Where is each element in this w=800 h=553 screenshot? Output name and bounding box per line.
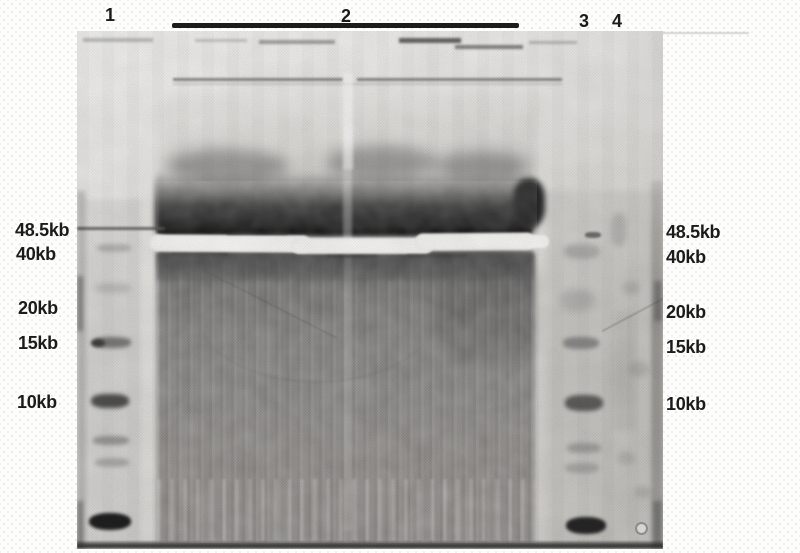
- gel-blotch: [622, 281, 640, 295]
- lane1-band-40kb: [97, 244, 131, 252]
- marker-left-15kb: 15kb: [18, 333, 58, 353]
- lane3-band-15kb: [563, 337, 599, 349]
- vertical-light-streak-top: [343, 73, 353, 169]
- gel-blotch: [617, 451, 635, 465]
- gel-top-smudge: [455, 45, 523, 49]
- lane3-band-below-10kb: [565, 463, 599, 473]
- gel-blotch: [635, 486, 651, 498]
- lane2-smear-right-hook: [513, 179, 545, 227]
- marker-left-48-5kb: 48.5kb: [15, 220, 69, 240]
- marker-left-20kb: 20kb: [18, 298, 58, 318]
- lane3-band-40kb: [564, 244, 600, 259]
- marker-left-10kb: 10kb: [17, 392, 57, 412]
- gel-top-smudge: [83, 38, 153, 42]
- lane-label-4: 4: [612, 11, 622, 31]
- gel-left-edge-shading: [77, 191, 85, 549]
- lane1-band-below-10kb: [93, 436, 129, 445]
- lane1-band-below-10kb: [95, 458, 129, 467]
- lane-label-1: 1: [105, 5, 115, 25]
- well-slot-left: [173, 78, 343, 81]
- gel-blotch: [629, 361, 649, 377]
- lane3-band-20kb: [560, 289, 594, 311]
- lane4-faint-smudge: [611, 213, 627, 247]
- faint-curved-scratch: [197, 241, 437, 383]
- gel-right-edge-shading: [651, 181, 663, 549]
- white-band-segment-right: [415, 232, 535, 250]
- lane1-band-15kb-dark-cap: [91, 339, 105, 347]
- gel-top-smudge: [399, 38, 461, 43]
- lane2-smear-bump: [167, 149, 287, 183]
- gel-photo: [77, 31, 663, 549]
- gel-top-smudge: [529, 41, 577, 44]
- lane2-span-bar: [172, 23, 519, 28]
- lane1-band-faint: [95, 283, 131, 293]
- gel-bottom-edge-line: [77, 540, 663, 549]
- well-slot-echo: [173, 83, 562, 85]
- bubble-ring-mark: [635, 522, 648, 535]
- marker-left-40kb: 40kb: [16, 244, 56, 264]
- lane1-band-10kb: [91, 394, 129, 408]
- marker-right-40kb: 40kb: [666, 247, 706, 267]
- marker-right-10kb: 10kb: [666, 394, 706, 414]
- marker-right-20kb: 20kb: [666, 302, 706, 322]
- white-band-dark-dash: [227, 232, 287, 235]
- white-band-dark-dash: [172, 253, 228, 256]
- gel-top-smudge: [259, 40, 335, 44]
- lane3-band-10kb: [565, 395, 603, 411]
- lane1-band-48-5kb: [77, 227, 165, 230]
- lane3-band-bottom-dark: [566, 517, 606, 534]
- lane3-band-48-5kb: [585, 232, 601, 238]
- marker-right-15kb: 15kb: [666, 337, 706, 357]
- well-slot-right: [357, 78, 562, 81]
- gel-left-edge-dark-segment: [77, 276, 83, 331]
- lane1-band-bottom-dark: [89, 513, 131, 530]
- lane-label-3: 3: [579, 11, 589, 31]
- gel-top-smudge: [195, 39, 247, 42]
- white-band-notch: [525, 235, 549, 248]
- white-band-dark-dash: [407, 254, 467, 257]
- gel-figure: 1 2 3 4 48.5kb 40kb 20kb 15kb 10kb 48.5k…: [0, 0, 800, 553]
- marker-right-48-5kb: 48.5kb: [666, 222, 720, 242]
- lane3-band-below-10kb: [567, 443, 601, 453]
- vertical-light-streak-mid: [343, 167, 352, 241]
- lane2-smear-bump: [437, 151, 527, 181]
